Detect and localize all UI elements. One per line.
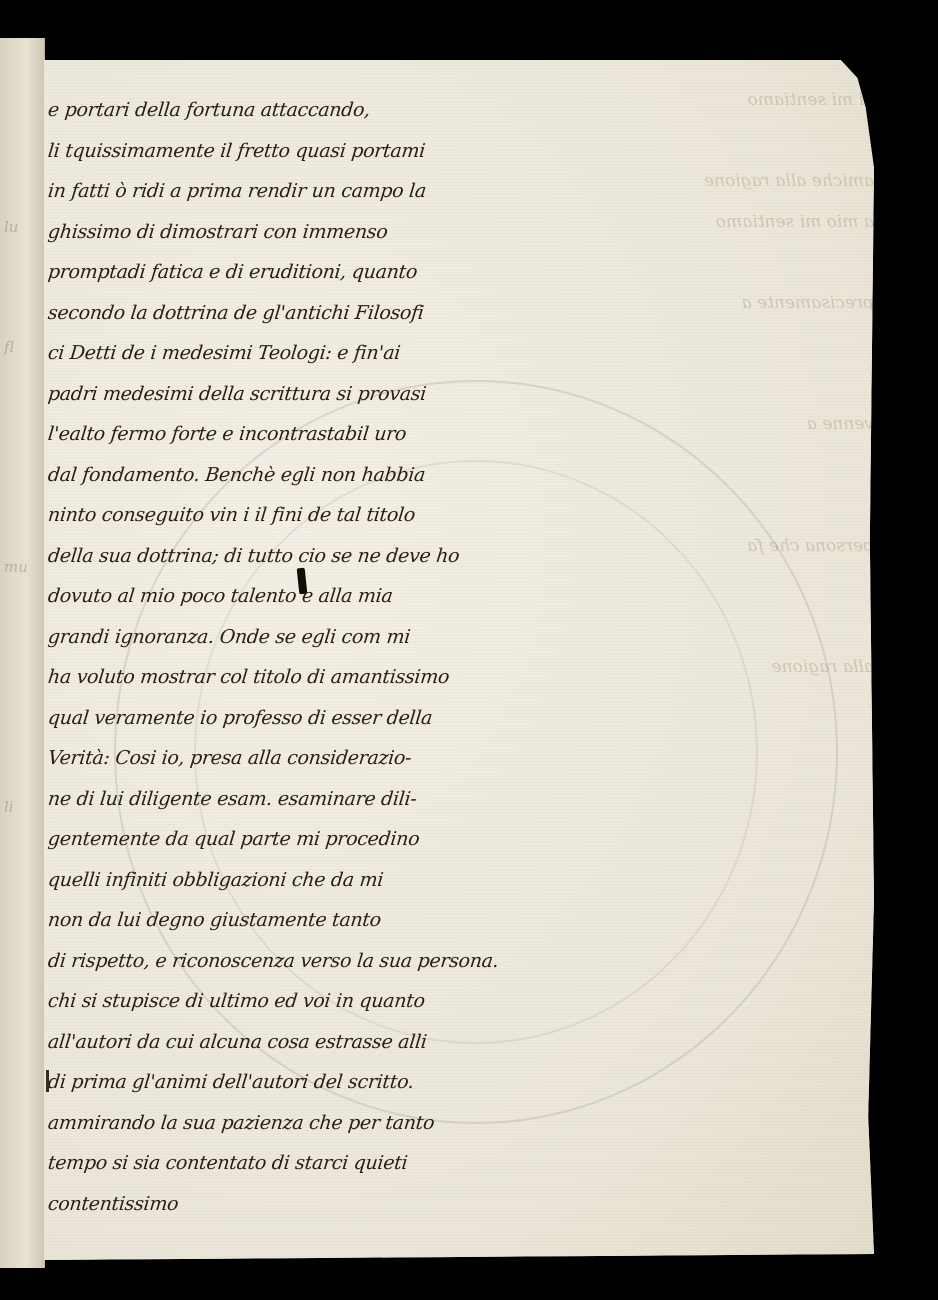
manuscript-page: ai mi sentiamo amiche alla ragionea mio …	[44, 60, 874, 1260]
facing-page-ghost-text: fl	[4, 338, 14, 356]
manuscript-line: non da lui degno giustamente tanto	[46, 900, 510, 941]
facing-page-edge: lu fl mu li	[0, 38, 45, 1268]
manuscript-line: quelli infiniti obbligazioni che da mi	[46, 860, 510, 901]
facing-page-ghost-text: lu	[4, 218, 18, 236]
facing-page-ghost-text: mu	[4, 558, 28, 576]
manuscript-line: secondo la dottrina de gl'antichi Filoso…	[46, 293, 510, 334]
manuscript-line: promptadi fatica e di eruditioni, quanto	[46, 252, 510, 293]
manuscript-line: li tquissimamente il fretto quasi portam…	[46, 131, 510, 172]
show-through-text: ai mi sentiamo amiche alla ragionea mio …	[474, 80, 874, 688]
manuscript-line: ci Detti de i medesimi Teologi: e fin'ai	[46, 333, 510, 374]
manuscript-line: padri medesimi della scrittura si provas…	[46, 374, 510, 415]
manuscript-line: gentemente da qual parte mi procedino	[46, 819, 510, 860]
manuscript-line: dal fondamento. Benchè egli non habbia	[46, 455, 510, 496]
manuscript-line: ne di lui diligente esam. esaminare dili…	[46, 779, 510, 820]
manuscript-text: e portari della fortuna attaccando, li t…	[48, 90, 508, 1224]
manuscript-line: all'autori da cui alcuna cosa estrasse a…	[46, 1022, 510, 1063]
margin-ink-mark	[46, 1070, 49, 1092]
manuscript-line: in fatti ò ridi a prima rendir un campo …	[46, 171, 510, 212]
manuscript-line: Verità: Cosi io, presa alla considerazio…	[46, 738, 510, 779]
manuscript-line: e portari della fortuna attaccando,	[46, 90, 510, 131]
manuscript-line: chi si stupisce di ultimo ed voi in quan…	[46, 981, 510, 1022]
facing-page-ghost-text: li	[4, 798, 14, 816]
manuscript-line: dovuto al mio poco talento e alla mia	[46, 576, 510, 617]
manuscript-line: qual veramente io professo di esser dell…	[46, 698, 510, 739]
manuscript-line: di rispetto, e riconoscenza verso la sua…	[46, 941, 510, 982]
manuscript-line: tempo si sia contentato di starci quieti	[46, 1143, 510, 1184]
manuscript-line: grandi ignoranza. Onde se egli com mi	[46, 617, 510, 658]
manuscript-line: ninto conseguito vin i il fini de tal ti…	[46, 495, 510, 536]
manuscript-line: ghissimo di dimostrari con immenso	[46, 212, 510, 253]
manuscript-line: della sua dottrina; di tutto cio se ne d…	[46, 536, 510, 577]
manuscript-line: l'ealto fermo forte e incontrastabil uro	[46, 414, 510, 455]
manuscript-line: di prima gl'animi dell'autori del scritt…	[46, 1062, 510, 1103]
manuscript-line: contentissimo	[46, 1184, 510, 1225]
manuscript-line: ammirando la sua pazienza che per tanto	[46, 1103, 510, 1144]
manuscript-line: ha voluto mostrar col titolo di amantiss…	[46, 657, 510, 698]
